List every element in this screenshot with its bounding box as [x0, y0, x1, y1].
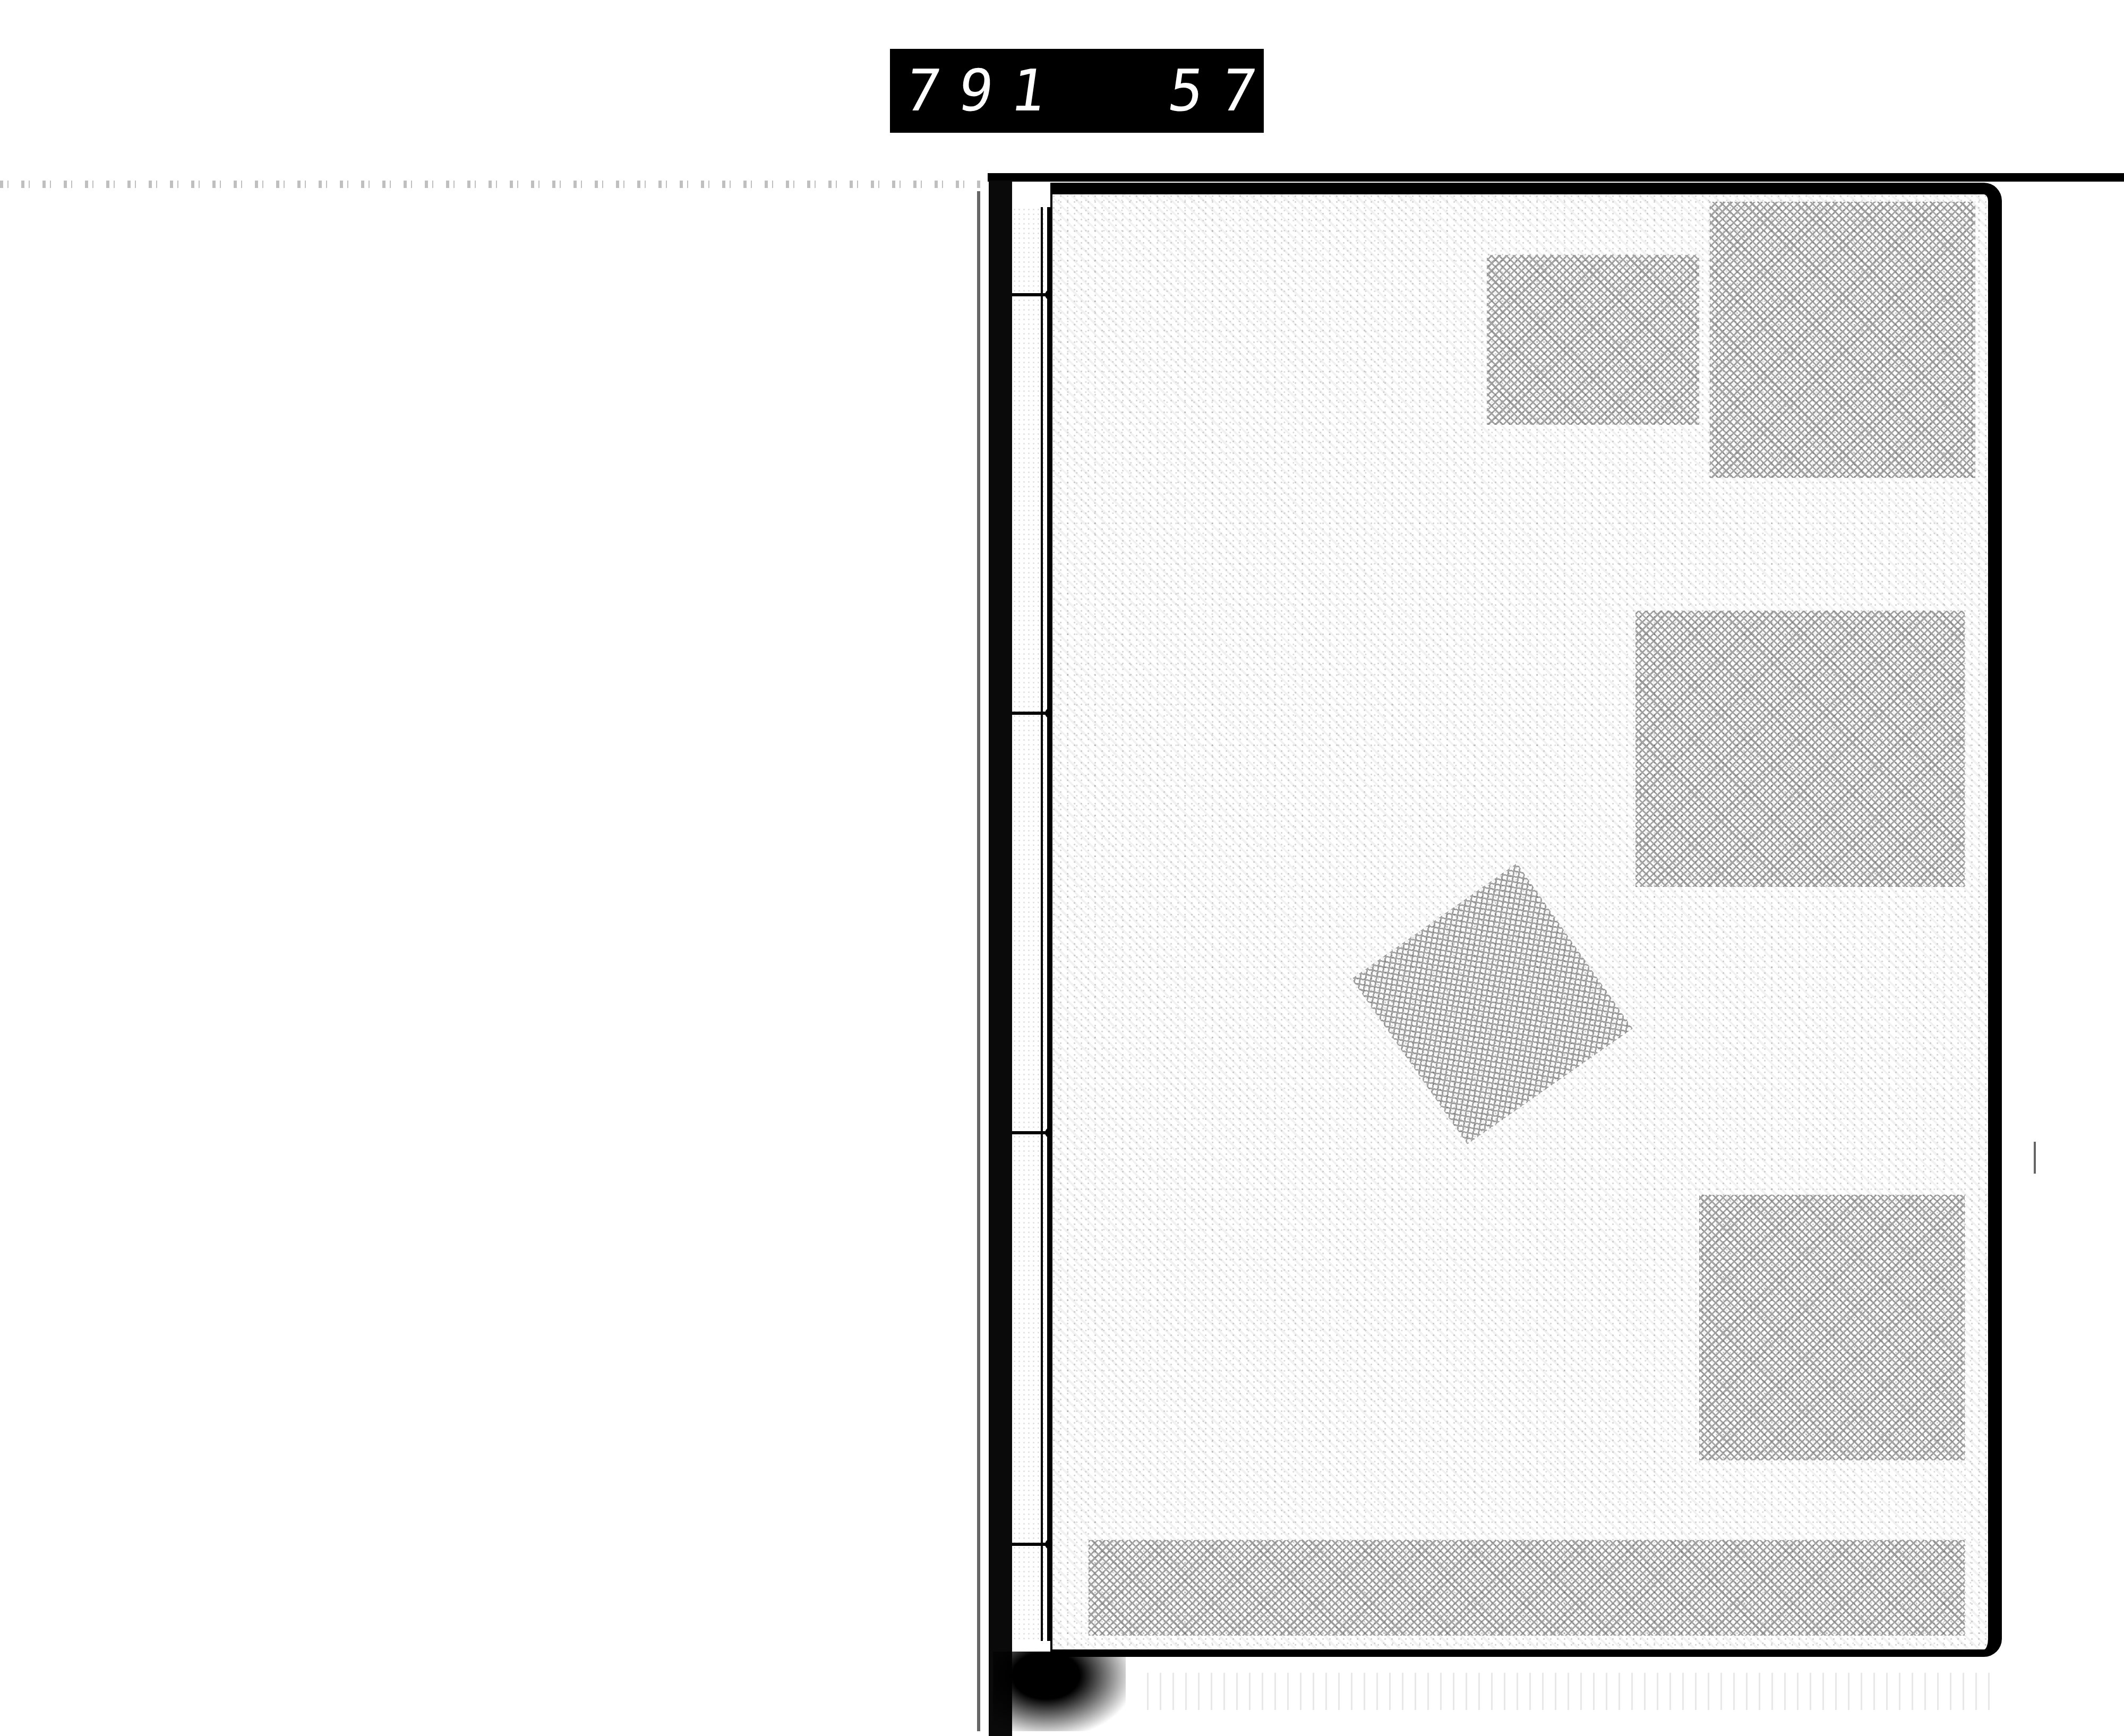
- cover-texture-patch: [1635, 611, 1965, 887]
- cover-texture-patch: [1699, 1195, 1965, 1460]
- spine-bottom-smudge: [993, 1652, 1126, 1731]
- scan-edge-strip: [0, 181, 982, 188]
- binding-margin: [1012, 207, 1050, 1641]
- spine-edge: [977, 191, 980, 1731]
- catalog-number-label: 791 574.: [890, 49, 1264, 133]
- book-spine: [989, 181, 1012, 1736]
- scan-bottom-noise: [1147, 1673, 1997, 1710]
- cover-texture-patch: [1487, 255, 1699, 425]
- catalog-number-text: 791 574.: [901, 58, 1384, 124]
- cover-texture-patch: [1089, 1540, 1965, 1636]
- cover-texture-patch: [1710, 202, 1975, 478]
- scan-margin-mark: [2034, 1142, 2036, 1174]
- binding-thread: [1041, 207, 1043, 1641]
- scan-top-rule: [988, 173, 2124, 182]
